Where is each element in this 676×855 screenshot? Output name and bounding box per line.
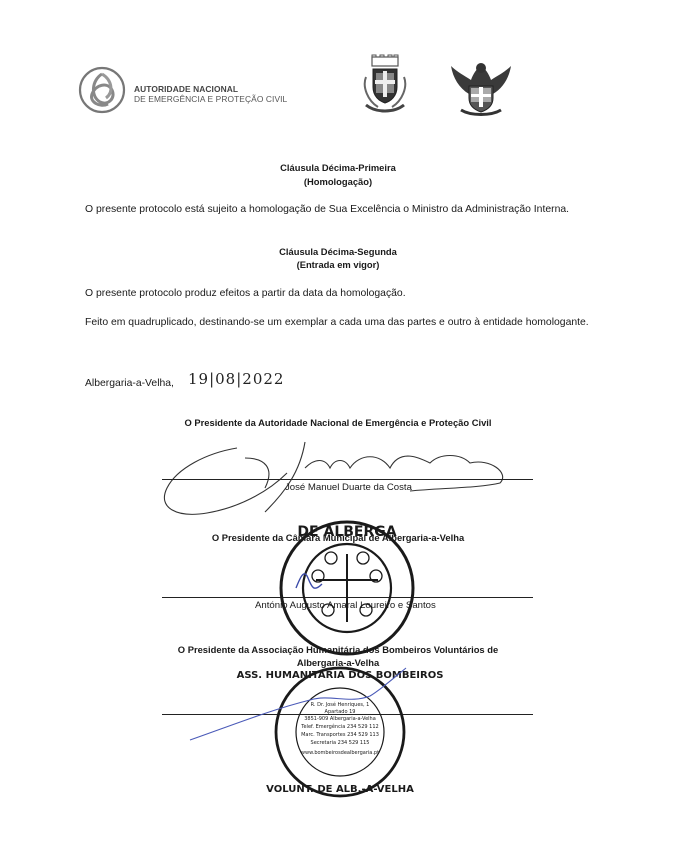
- signatory-3-role-line1: O Presidente da Associação Humanitária d…: [0, 643, 676, 656]
- municipal-stamp-icon: DE ALBERGA: [276, 518, 418, 658]
- firefighters-eagle-crest-icon: [447, 58, 515, 118]
- clause-12-text: O presente protocolo produz efeitos a pa…: [85, 287, 406, 300]
- place-label: Albergaria-a-Velha,: [85, 377, 174, 390]
- signatory-1-name: José Manuel Duarte da Costa: [285, 482, 412, 493]
- svg-text:DE ALBERGA: DE ALBERGA: [297, 524, 396, 540]
- signature-1-line: [162, 479, 533, 480]
- handwritten-date: 19|08|2022: [188, 370, 284, 388]
- svg-text:VOLUNT. DE ALB.-A-VELHA: VOLUNT. DE ALB.-A-VELHA: [266, 784, 414, 795]
- signature-1-scribble: [155, 440, 535, 520]
- signatory-1-role: O Presidente da Autoridade Nacional de E…: [0, 416, 676, 429]
- clause-11-text: O presente protocolo está sujeito a homo…: [85, 203, 569, 216]
- svg-text:www.bombeirosdealbergaria.pt: www.bombeirosdealbergaria.pt: [301, 750, 379, 756]
- anepc-logo: AUTORIDADE NACIONAL DE EMERGÊNCIA E PROT…: [78, 66, 298, 116]
- anepc-triquetra-icon: [78, 66, 126, 114]
- clause-12-subtitle: (Entrada em vigor): [0, 258, 676, 271]
- clause-11-title: Cláusula Décima-Primeira: [0, 161, 676, 174]
- closing-text: Feito em quadruplicado, destinando-se um…: [85, 316, 589, 329]
- signature-3-scribble: [190, 668, 420, 748]
- municipal-coat-of-arms-icon: [360, 55, 410, 115]
- logo-line2: DE EMERGÊNCIA E PROTEÇÃO CIVIL: [134, 94, 287, 104]
- clause-12-title: Cláusula Décima-Segunda: [0, 245, 676, 258]
- clause-11-subtitle: (Homologação): [0, 175, 676, 188]
- logo-line1: AUTORIDADE NACIONAL: [134, 84, 287, 94]
